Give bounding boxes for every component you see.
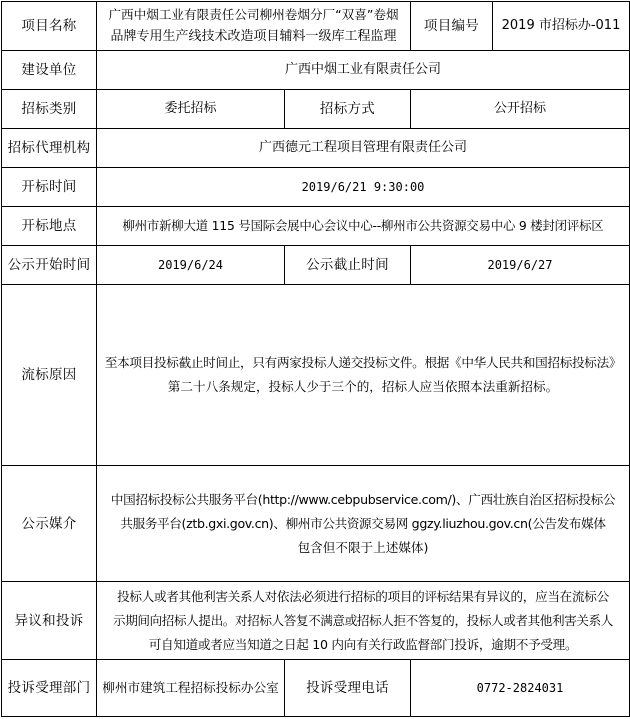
row-construction-unit: 建设单位 广西中烟工业有限责任公司 [2, 51, 630, 90]
objection-line-1: 投标人或者其他利害关系人对依法必须进行招标的项目的评标结果有异议的，应当在流标公 [99, 585, 627, 609]
project-number-label: 项目编号 [411, 2, 493, 51]
construction-unit-label: 建设单位 [2, 51, 97, 90]
row-complaint: 投诉受理部门 柳州市建筑工程招标投标办公室 投诉受理电话 0772-282403… [2, 660, 630, 717]
agency-value: 广西德元工程项目管理有限责任公司 [97, 129, 630, 168]
complaint-phone-label: 投诉受理电话 [285, 660, 411, 717]
publicity-media-line-2: 共服务平台(ztb.gxi.gov.cn)、柳州市公共资源交易网 ggzy.li… [99, 512, 627, 536]
opening-time-value: 2019/6/21 9:30:00 [97, 168, 630, 207]
tender-failure-notice: 项目名称 广西中烟工业有限责任公司柳州卷烟分厂“双喜”卷烟 品牌专用生产线技术改… [1, 1, 628, 717]
project-name-label: 项目名称 [2, 2, 97, 51]
row-agency: 招标代理机构 广西德元工程项目管理有限责任公司 [2, 129, 630, 168]
row-tender-category: 招标类别 委托招标 招标方式 公开招标 [2, 90, 630, 129]
agency-label: 招标代理机构 [2, 129, 97, 168]
publicity-media-label: 公示媒介 [2, 466, 97, 582]
publicity-media-line-3: 包含但不限于上述媒体) [99, 536, 627, 560]
tender-method-label: 招标方式 [285, 90, 411, 129]
failure-reason-line-1: 至本项目投标截止时间止，只有两家投标人递交投标文件。根据《中华人民共和国招标投标… [99, 351, 627, 375]
row-project-name: 项目名称 广西中烟工业有限责任公司柳州卷烟分厂“双喜”卷烟 品牌专用生产线技术改… [2, 2, 630, 51]
project-name-line-2: 品牌专用生产线技术改造项目辅料一级库工程监理 [98, 26, 409, 48]
objection-line-2: 示期间向招标人提出。对招标人答复不满意或招标人拒不答复的，投标人或者其他利害关系… [99, 609, 627, 633]
publicity-media-value: 中国招标投标公共服务平台(http://www.cebpubservice.co… [97, 466, 630, 582]
opening-time-label: 开标时间 [2, 168, 97, 207]
complaint-phone-value: 0772-2824031 [411, 660, 630, 717]
row-publicity-period: 公示开始时间 2019/6/24 公示截止时间 2019/6/27 [2, 246, 630, 285]
publicity-start-label: 公示开始时间 [2, 246, 97, 285]
row-objection: 异议和投诉 投标人或者其他利害关系人对依法必须进行招标的项目的评标结果有异议的，… [2, 582, 630, 660]
construction-unit-value: 广西中烟工业有限责任公司 [97, 51, 630, 90]
failure-reason-value: 至本项目投标截止时间止，只有两家投标人递交投标文件。根据《中华人民共和国招标投标… [97, 285, 630, 466]
objection-label: 异议和投诉 [2, 582, 97, 660]
objection-value: 投标人或者其他利害关系人对依法必须进行招标的项目的评标结果有异议的，应当在流标公… [97, 582, 630, 660]
opening-place-value: 柳州市新柳大道 115 号国际会展中心会议中心--柳州市公共资源交易中心 9 楼… [97, 207, 630, 246]
complaint-dept-label: 投诉受理部门 [2, 660, 97, 717]
publicity-end-value: 2019/6/27 [411, 246, 630, 285]
failure-reason-label: 流标原因 [2, 285, 97, 466]
publicity-start-value: 2019/6/24 [97, 246, 285, 285]
tender-category-value: 委托招标 [97, 90, 285, 129]
row-publicity-media: 公示媒介 中国招标投标公共服务平台(http://www.cebpubservi… [2, 466, 630, 582]
row-failure-reason: 流标原因 至本项目投标截止时间止，只有两家投标人递交投标文件。根据《中华人民共和… [2, 285, 630, 466]
tender-category-label: 招标类别 [2, 90, 97, 129]
objection-line-3: 可自知道或者应当知道之日起 10 内向有关行政监督部门投诉，逾期不予受理。 [99, 633, 627, 657]
opening-place-label: 开标地点 [2, 207, 97, 246]
publicity-media-line-1: 中国招标投标公共服务平台(http://www.cebpubservice.co… [99, 488, 627, 512]
project-name-value: 广西中烟工业有限责任公司柳州卷烟分厂“双喜”卷烟 品牌专用生产线技术改造项目辅料… [97, 2, 411, 51]
row-opening-place: 开标地点 柳州市新柳大道 115 号国际会展中心会议中心--柳州市公共资源交易中… [2, 207, 630, 246]
tender-method-value: 公开招标 [411, 90, 630, 129]
complaint-dept-value: 柳州市建筑工程招标投标办公室 [97, 660, 285, 717]
project-number-value: 2019 市招标办-011 [493, 2, 630, 51]
failure-reason-line-2: 第二十八条规定，投标人少于三个的，招标人应当依照本法重新招标。 [99, 375, 627, 399]
publicity-end-label: 公示截止时间 [285, 246, 411, 285]
row-opening-time: 开标时间 2019/6/21 9:30:00 [2, 168, 630, 207]
project-name-line-1: 广西中烟工业有限责任公司柳州卷烟分厂“双喜”卷烟 [98, 4, 409, 26]
notice-table: 项目名称 广西中烟工业有限责任公司柳州卷烟分厂“双喜”卷烟 品牌专用生产线技术改… [1, 1, 630, 717]
